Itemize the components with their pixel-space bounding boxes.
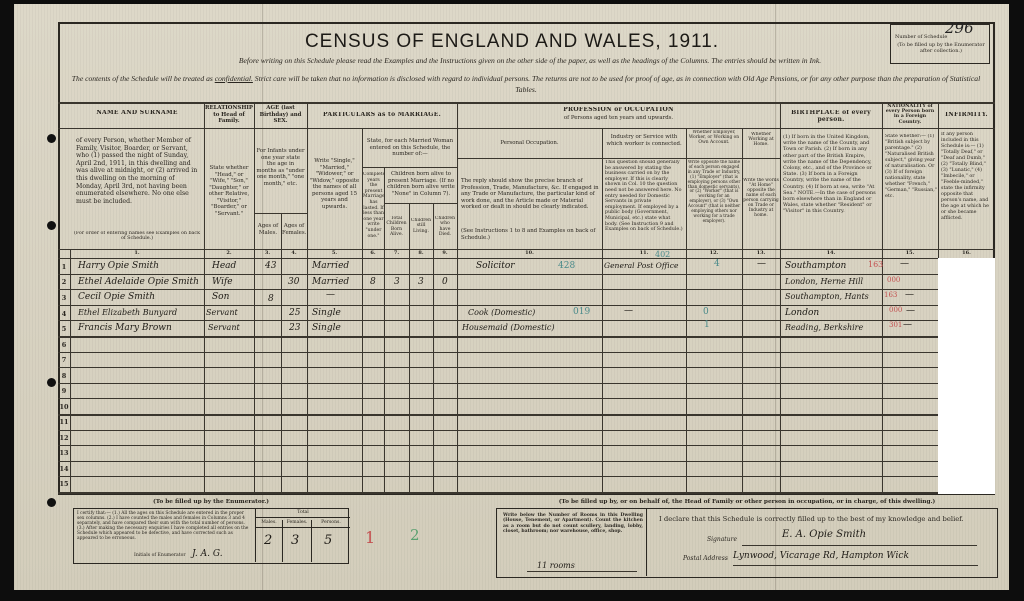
header-name: NAME AND SURNAME bbox=[70, 110, 204, 117]
rooms-underline bbox=[527, 571, 637, 572]
row-number: 1 bbox=[58, 263, 70, 271]
birthplace: Southampton, Hants bbox=[785, 292, 869, 301]
nationality: — bbox=[906, 306, 915, 316]
row-number: 4 bbox=[58, 310, 70, 318]
age-sub-divider bbox=[254, 213, 307, 214]
column-number: 11. bbox=[602, 250, 686, 258]
row-number: 10 bbox=[58, 403, 70, 411]
page-title: CENSUS OF ENGLAND AND WALES, 1911. bbox=[0, 31, 1024, 53]
row-separator bbox=[58, 476, 938, 477]
header-employer-desc: Write opposite the name of each person e… bbox=[687, 160, 741, 224]
totals-box: Total Males. Females. Persons. 2 3 5 bbox=[255, 509, 349, 562]
row-number: 13 bbox=[58, 449, 70, 457]
col-divider bbox=[457, 102, 458, 494]
column-number: 15. bbox=[882, 250, 938, 258]
person-name: Francis Mary Brown bbox=[78, 323, 172, 333]
colnum-bottom bbox=[58, 258, 938, 259]
total-children: 3 bbox=[394, 277, 400, 287]
row-separator bbox=[58, 367, 938, 368]
table-top-border bbox=[58, 102, 995, 104]
header-name-note: (For order of entering names see Example… bbox=[72, 231, 202, 241]
header-infirmity: INFIRMITY. bbox=[939, 112, 994, 119]
employer-status: 0 bbox=[703, 307, 709, 317]
birthplace: Reading, Berkshire bbox=[785, 323, 863, 332]
header-age-females: Ages of Females. bbox=[282, 223, 306, 236]
row-number: 3 bbox=[58, 294, 70, 302]
total-females: 3 bbox=[291, 533, 299, 548]
header-age: AGE (last Birthday) and SEX. bbox=[255, 105, 306, 125]
red-annotation: 1 bbox=[365, 528, 375, 547]
occupation: Cook (Domestic) bbox=[468, 308, 535, 317]
header-children-died: Children who have Died. bbox=[434, 216, 456, 238]
males-label: Males. bbox=[256, 520, 282, 525]
relationship: Son bbox=[212, 292, 229, 302]
birthplace: London, Herne Hill bbox=[785, 277, 863, 286]
column-number: 5. bbox=[307, 250, 362, 258]
column-number: 10. bbox=[457, 250, 602, 258]
row-separator bbox=[58, 305, 938, 306]
column-number: 14. bbox=[780, 250, 882, 258]
header-marriage: PARTICULARS as to MARRIAGE. bbox=[308, 112, 456, 119]
at-home: — bbox=[757, 259, 766, 269]
birthplace: London bbox=[785, 308, 819, 318]
age-male: 43 bbox=[265, 261, 276, 271]
header-relationship-desc: State whether "Head," or "Wife," "Son," … bbox=[206, 165, 252, 217]
enumerator-certification-text: I certify that:— (1.) All the ages on th… bbox=[77, 511, 252, 541]
row-separator bbox=[58, 445, 938, 446]
row-number: 12 bbox=[58, 434, 70, 442]
header-industry-desc: This question should generally be answer… bbox=[605, 160, 684, 233]
header-relationship: RELATIONSHIP to Head of Family. bbox=[205, 105, 253, 125]
punch-hole bbox=[47, 498, 56, 507]
column-number: 9. bbox=[433, 250, 457, 258]
header-married-woman: State, for each Married Woman entered on… bbox=[364, 138, 456, 158]
row-separator bbox=[58, 414, 938, 416]
relationship: Servant bbox=[206, 308, 238, 317]
confidential-notice: The contents of the Schedule will be tre… bbox=[66, 73, 986, 95]
total-males: 2 bbox=[264, 533, 272, 548]
punch-hole bbox=[47, 134, 56, 143]
row-number: 7 bbox=[58, 356, 70, 364]
relationship: Wife bbox=[212, 277, 233, 287]
row-separator bbox=[58, 383, 938, 384]
row-number: 9 bbox=[58, 387, 70, 395]
children-died: 0 bbox=[442, 277, 448, 287]
header-at-home: Whether Working at Home. bbox=[743, 132, 779, 147]
total-persons: 5 bbox=[324, 533, 332, 548]
postal-address: Lynwood, Vicarage Rd, Hampton Wick bbox=[733, 551, 909, 561]
years-married: 8 bbox=[370, 277, 376, 287]
header-personal-occupation-desc: The reply should show the precise branch… bbox=[461, 178, 599, 211]
enumerator-section-title: (To be filled up by the Enumerator.) bbox=[73, 499, 349, 505]
occupation-code: 428 bbox=[558, 261, 575, 271]
row-number: 2 bbox=[58, 278, 70, 286]
nationality: — bbox=[905, 290, 914, 300]
employer-status: 1 bbox=[704, 320, 710, 330]
header-nationality: NATIONALITY of every Person born in a Fo… bbox=[883, 104, 937, 125]
marriage-sub-divider bbox=[362, 167, 457, 168]
col-divider bbox=[780, 102, 781, 494]
header-birthplace-desc: (1) If born in the United Kingdom, write… bbox=[783, 134, 880, 215]
column-number: 4. bbox=[281, 250, 307, 258]
occupation-code: 019 bbox=[573, 307, 590, 317]
industry-code: 402 bbox=[655, 250, 670, 259]
totals-divider bbox=[256, 527, 350, 528]
children-sub-divider bbox=[384, 203, 457, 204]
punch-hole bbox=[47, 378, 56, 387]
rooms-box: Write below the Number of Rooms in this … bbox=[497, 509, 647, 576]
employer-status: 4 bbox=[714, 259, 720, 269]
confidential-prefix: The contents of the Schedule will be tre… bbox=[72, 74, 215, 83]
totals-label: Total bbox=[256, 510, 350, 518]
occupation: Solicitor bbox=[476, 261, 515, 271]
row-separator bbox=[58, 430, 938, 431]
enumerator-initials: J. A. G. bbox=[192, 549, 223, 559]
row-separator bbox=[58, 336, 938, 338]
relationship: Servant bbox=[208, 323, 240, 332]
row-separator bbox=[58, 398, 938, 399]
birthplace-code: 301 bbox=[889, 321, 902, 329]
birthplace-code: 163 bbox=[868, 260, 883, 269]
occupation-sub-divider bbox=[457, 158, 780, 159]
col-divider bbox=[204, 102, 205, 494]
marital-status: — bbox=[326, 290, 335, 300]
col-divider bbox=[602, 128, 603, 494]
header-age-males: Ages of Males. bbox=[256, 223, 280, 236]
green-annotation: 2 bbox=[410, 526, 420, 544]
column-number: 6. bbox=[362, 250, 384, 258]
header-employer: Whether Employer, Worker, or Working on … bbox=[687, 130, 741, 145]
header-profession: PROFESSION or OCCUPATION bbox=[458, 107, 779, 114]
birthplace-code: 163 bbox=[884, 291, 897, 299]
row-number: 11 bbox=[58, 418, 70, 426]
person-name: Cecil Opie Smith bbox=[78, 292, 155, 302]
col-divider bbox=[882, 102, 883, 494]
householder-box: Write below the Number of Rooms in this … bbox=[496, 508, 998, 578]
row-separator bbox=[58, 289, 938, 290]
children-living: 3 bbox=[418, 277, 424, 287]
column-number: 1. bbox=[70, 250, 204, 258]
header-total-children: Total Children Born Alive. bbox=[385, 216, 408, 238]
header-infirmity-desc: If any person included in this Schedule … bbox=[941, 132, 993, 222]
header-at-home-desc: Write the words "At Home" opposite the n… bbox=[743, 178, 779, 218]
column-number: 8. bbox=[409, 250, 433, 258]
schedule-number-note: (To be filled up by the Enumerator after… bbox=[895, 42, 987, 54]
signature-label: Signature bbox=[707, 536, 737, 543]
schedule-number-box: Number of Schedule 296 (To be filled up … bbox=[890, 24, 990, 64]
age-female: 25 bbox=[289, 308, 300, 318]
header-personal-occupation: Personal Occupation. bbox=[458, 140, 601, 147]
age-male: 8 bbox=[268, 294, 274, 304]
rooms-instruction: Write below the Number of Rooms in this … bbox=[503, 513, 643, 535]
column-number: 16. bbox=[938, 250, 995, 258]
enumerator-certificate-box: I certify that:— (1.) All the ages on th… bbox=[73, 508, 349, 564]
col-divider bbox=[70, 249, 71, 494]
nationality: — bbox=[900, 259, 909, 269]
person-name: Ethel Adelaide Opie Smith bbox=[78, 277, 199, 287]
person-name: Harry Opie Smith bbox=[78, 261, 159, 271]
header-children-living: Children still Living. bbox=[410, 218, 432, 234]
age-female: 30 bbox=[288, 277, 299, 287]
row-separator bbox=[58, 352, 938, 353]
industry: — bbox=[624, 306, 633, 316]
householder-signature: E. A. Opie Smith bbox=[782, 529, 866, 540]
header-completed-years: Completed years the present Marriage has… bbox=[363, 172, 384, 239]
col-divider bbox=[409, 203, 410, 494]
row-number: 14 bbox=[58, 465, 70, 473]
redacted-infirmity-column bbox=[938, 258, 995, 494]
marital-status: Single bbox=[312, 323, 341, 333]
confidential-word: confidential. bbox=[215, 74, 253, 83]
initials-label: Initials of Enumerator bbox=[134, 553, 186, 558]
birthplace-code: 000 bbox=[887, 276, 900, 284]
col-divider bbox=[433, 203, 434, 494]
header-nationality-desc: State whether:— (1) "British subject by … bbox=[885, 134, 937, 200]
row-number: 6 bbox=[58, 341, 70, 349]
row-separator bbox=[58, 461, 938, 462]
row-separator bbox=[58, 320, 938, 321]
header-industry: Industry or Service with which worker is… bbox=[603, 134, 685, 147]
age-female: 23 bbox=[289, 323, 300, 333]
row-separator bbox=[58, 274, 938, 275]
header-profession-sub: of Persons aged ten years and upwards. bbox=[458, 115, 779, 122]
header-marriage-desc: Write "Single," "Married," "Widower," or… bbox=[308, 158, 361, 210]
signature-line bbox=[742, 545, 977, 546]
schedule-number: 296 bbox=[945, 25, 974, 31]
marital-status: Married bbox=[312, 261, 349, 271]
row-number: 15 bbox=[58, 480, 70, 488]
householder-section-title: (To be filled up by, or on behalf of, th… bbox=[496, 499, 998, 505]
column-number: 3. bbox=[254, 250, 281, 258]
industry: General Post Office bbox=[604, 261, 678, 270]
col-divider bbox=[254, 102, 255, 494]
person-name: Ethel Elizabeth Bunyard bbox=[78, 308, 177, 317]
rooms-count: 11 rooms bbox=[537, 561, 575, 570]
row-separator bbox=[58, 492, 995, 494]
confidential-suffix: Strict care will be taken that no inform… bbox=[253, 74, 980, 94]
occupation: Housemaid (Domestic) bbox=[462, 323, 555, 332]
header-children-born: Children born alive to present Marriage.… bbox=[386, 171, 456, 197]
column-number: 13. bbox=[742, 250, 780, 258]
declaration-text: I declare that this Schedule is correctl… bbox=[659, 515, 964, 523]
address-line bbox=[733, 565, 978, 566]
birthplace-code: 000 bbox=[889, 306, 902, 314]
row-number: 5 bbox=[58, 325, 70, 333]
header-divider bbox=[58, 128, 995, 129]
header-age-desc: For Infants under one year state the age… bbox=[256, 148, 305, 187]
relationship: Head bbox=[212, 261, 236, 271]
header-name-desc: of every Person, whether Member of Famil… bbox=[76, 137, 200, 205]
schedule-number-label: Number of Schedule bbox=[895, 34, 947, 40]
nationality: — bbox=[903, 320, 912, 330]
instruction-line: Before writing on this Schedule please r… bbox=[180, 56, 880, 65]
header-birthplace: BIRTHPLACE of every person. bbox=[781, 110, 881, 123]
column-number: 7. bbox=[384, 250, 409, 258]
marital-status: Single bbox=[312, 308, 341, 318]
row-number: 8 bbox=[58, 372, 70, 380]
address-label: Postal Address bbox=[683, 555, 728, 562]
column-number: 12. bbox=[686, 250, 742, 258]
column-number: 2. bbox=[204, 250, 254, 258]
birthplace: Southampton bbox=[785, 261, 846, 271]
punch-hole bbox=[47, 221, 56, 230]
marital-status: Married bbox=[312, 277, 349, 287]
header-personal-occupation-note: (See Instructions 1 to 8 and Examples on… bbox=[461, 228, 599, 241]
